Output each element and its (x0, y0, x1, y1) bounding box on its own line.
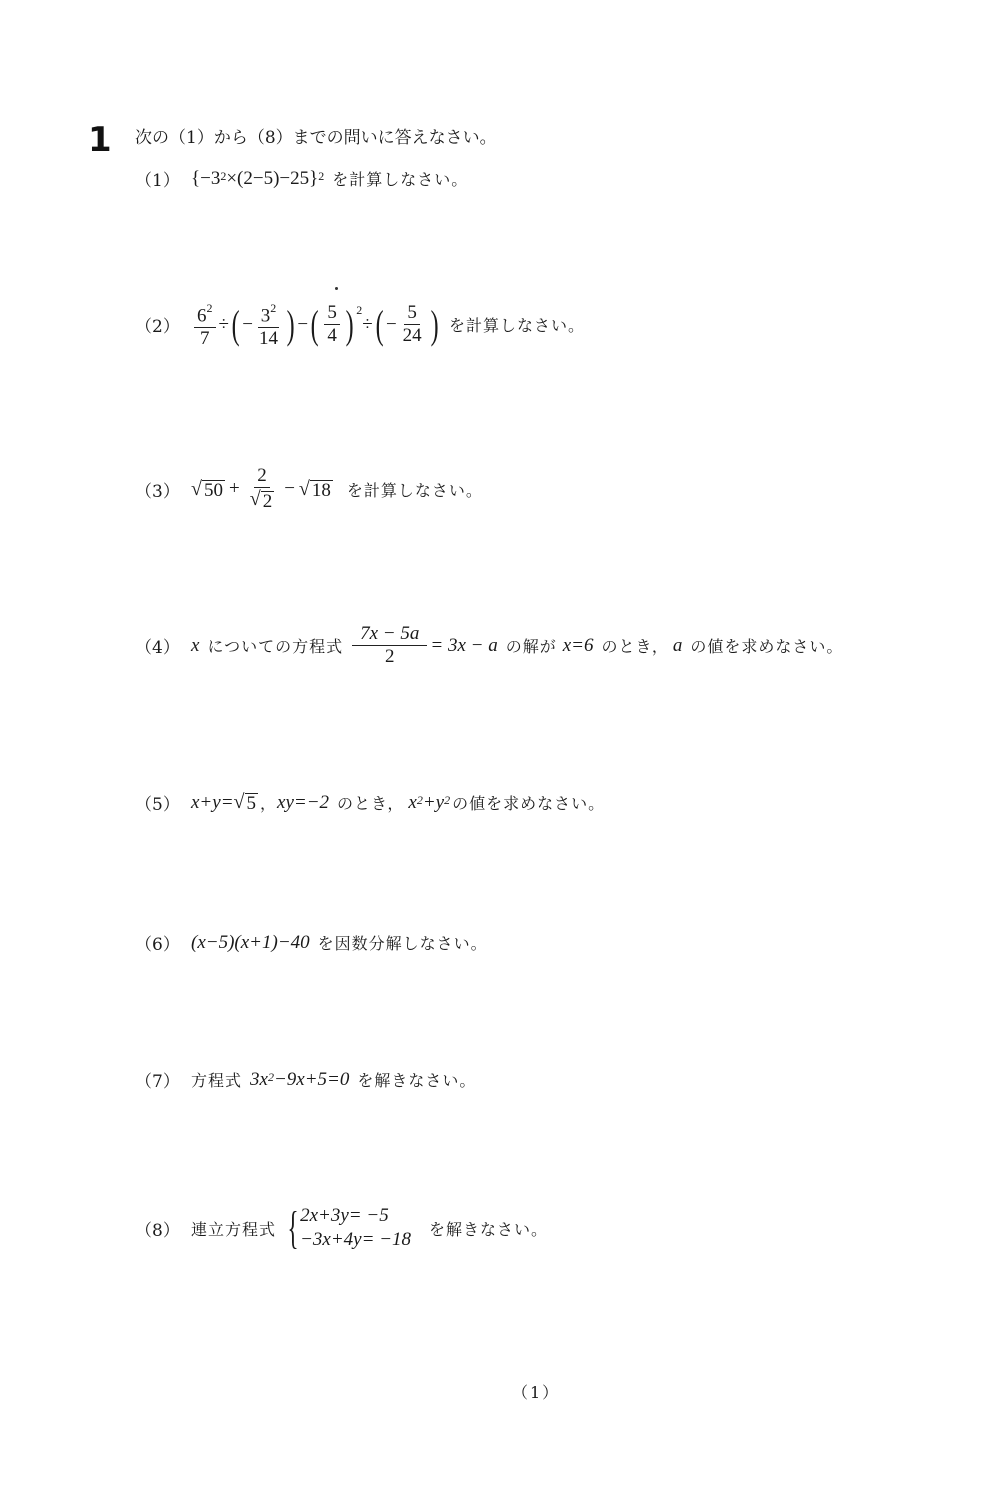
page-number: （1） (512, 1380, 560, 1403)
problem-1-expression: {−32×(2−5)−25}2 (191, 168, 324, 190)
left-paren: ( (311, 305, 319, 345)
expr-part: {−3 (191, 168, 220, 190)
question-intro: 次の（1）から（8）までの問いに答えなさい。 (135, 127, 497, 149)
problem-6: （6） (x−5)(x+1)−40 を因数分解しなさい。 (135, 930, 488, 955)
text: のとき， (337, 791, 404, 814)
instruction-text: を計算しなさい。 (347, 478, 483, 501)
exponent: 2 (207, 301, 213, 315)
left-paren: ( (375, 305, 383, 345)
problem-7: （7） 方程式 3x2−9x+5=0 を解きなさい。 (135, 1067, 476, 1092)
left-paren: ( (232, 305, 240, 345)
expr-part: +y (423, 792, 444, 814)
fraction: 62 7 (194, 300, 216, 349)
exponent: 2 (444, 793, 450, 808)
denominator: 7 (197, 328, 213, 349)
numerator: 5 (324, 303, 340, 325)
radical-sign: √ (191, 478, 202, 501)
operator: − (386, 314, 397, 336)
radicand: 2 (261, 491, 275, 512)
right-hand-side: = 3x − a (430, 635, 497, 657)
expr-part: 3x (250, 1069, 268, 1091)
problem-6-expression: (x−5)(x+1)−40 (191, 932, 310, 954)
fraction: 5 24 (400, 303, 425, 346)
operator: ÷ (219, 314, 229, 336)
exponent: 2 (268, 1070, 274, 1085)
square-root: √2 (250, 489, 274, 512)
problem-5: （5） x+y= √5 ， xy=−2 のとき， x2+y2 の値を求めなさい。 (135, 790, 605, 815)
operator: − (284, 478, 295, 500)
operator: ÷ (362, 314, 372, 336)
radical-sign: √ (234, 791, 245, 814)
numerator: 3 (261, 305, 271, 326)
expr-part: x+y= (191, 792, 234, 814)
problem-1: （1） {−32×(2−5)−25}2 を計算しなさい。 (135, 166, 468, 191)
operator: + (229, 478, 240, 500)
denominator: 2 (382, 646, 398, 667)
problem-label: （6） (135, 930, 191, 955)
problem-label: （2） (135, 312, 191, 337)
question-number: 1 (88, 120, 112, 160)
expr-part: −9x+5=0 (274, 1069, 349, 1091)
radical-sign: √ (250, 489, 261, 509)
exponent: 2 (318, 169, 324, 184)
radicand: 50 (202, 480, 225, 501)
left-brace: { (288, 1205, 299, 1251)
problem-label: （5） (135, 790, 191, 815)
instruction-text: を計算しなさい。 (332, 167, 468, 190)
numerator: 2 (254, 466, 270, 488)
problem-label: （4） (135, 633, 191, 658)
text: についての方程式 (207, 634, 343, 657)
equation-1: 2x+3y= −5 (300, 1204, 411, 1228)
separator: ， (260, 791, 277, 814)
text: 連立方程式 (191, 1217, 276, 1240)
variable: a (673, 635, 683, 657)
right-paren: ) (287, 305, 295, 345)
instruction-text: を計算しなさい。 (449, 313, 585, 336)
exponent: 2 (417, 793, 423, 808)
fraction: 5 4 (324, 303, 340, 346)
denominator: 14 (256, 328, 281, 349)
exponent: 2 (270, 301, 276, 315)
text: の値を求めなさい。 (452, 791, 605, 814)
equation-2: −3x+4y= −18 (300, 1228, 411, 1252)
variable: x (191, 635, 199, 657)
problem-3-expression: √50 + 2 √2 − √18 (191, 466, 333, 512)
text: の解が (506, 634, 557, 657)
problem-8: （8） 連立方程式 { 2x+3y= −5 −3x+4y= −18 を解きなさい… (135, 1204, 548, 1252)
exponent: 2 (356, 303, 362, 318)
expr-part: xy=−2 (277, 792, 329, 814)
square-root: √50 (191, 478, 225, 501)
problem-label: （3） (135, 477, 191, 502)
problem-2: （2） 62 7 ÷ ( − 32 14 ) − ( 5 4 ) 2 ÷ ( −… (135, 300, 585, 349)
exponent: 2 (220, 169, 226, 184)
problem-label: （7） (135, 1067, 191, 1092)
stray-dot (335, 287, 338, 290)
problem-label: （8） (135, 1216, 191, 1241)
expr-part: ×(2−5)−25} (226, 168, 318, 190)
operator: − (242, 314, 253, 336)
instruction-text: を解きなさい。 (357, 1068, 476, 1091)
right-paren: ) (430, 305, 438, 345)
problem-label: （1） (135, 166, 191, 191)
numerator: 7x − 5a (352, 624, 427, 646)
variable: x (408, 792, 416, 814)
right-paren: ) (346, 305, 354, 345)
text: の値を求めなさい。 (690, 634, 843, 657)
condition: x=6 (563, 635, 594, 657)
denominator: 4 (324, 325, 340, 346)
radicand: 5 (245, 793, 259, 814)
text: のとき， (602, 634, 669, 657)
radicand: 18 (310, 480, 333, 501)
problem-4: （4） x についての方程式 7x − 5a 2 = 3x − a の解が x=… (135, 624, 843, 667)
radical-sign: √ (299, 478, 310, 501)
operator: − (297, 314, 308, 336)
numerator: 5 (404, 303, 420, 325)
fraction: 32 14 (256, 300, 281, 349)
square-root: √18 (299, 478, 333, 501)
equation: 7x − 5a 2 = 3x − a (349, 624, 498, 667)
instruction-text: を因数分解しなさい。 (318, 931, 488, 954)
instruction-text: を解きなさい。 (429, 1217, 548, 1240)
numerator: 6 (197, 305, 207, 326)
denominator: 24 (400, 325, 425, 346)
problem-2-expression: 62 7 ÷ ( − 32 14 ) − ( 5 4 ) 2 ÷ ( − 5 2… (191, 300, 441, 349)
text: 方程式 (191, 1068, 242, 1091)
fraction: 2 √2 (247, 466, 277, 512)
problem-3: （3） √50 + 2 √2 − √18 を計算しなさい。 (135, 466, 483, 512)
equation-system: { 2x+3y= −5 −3x+4y= −18 (282, 1204, 411, 1252)
fraction: 7x − 5a 2 (352, 624, 427, 667)
square-root: √5 (234, 791, 258, 814)
